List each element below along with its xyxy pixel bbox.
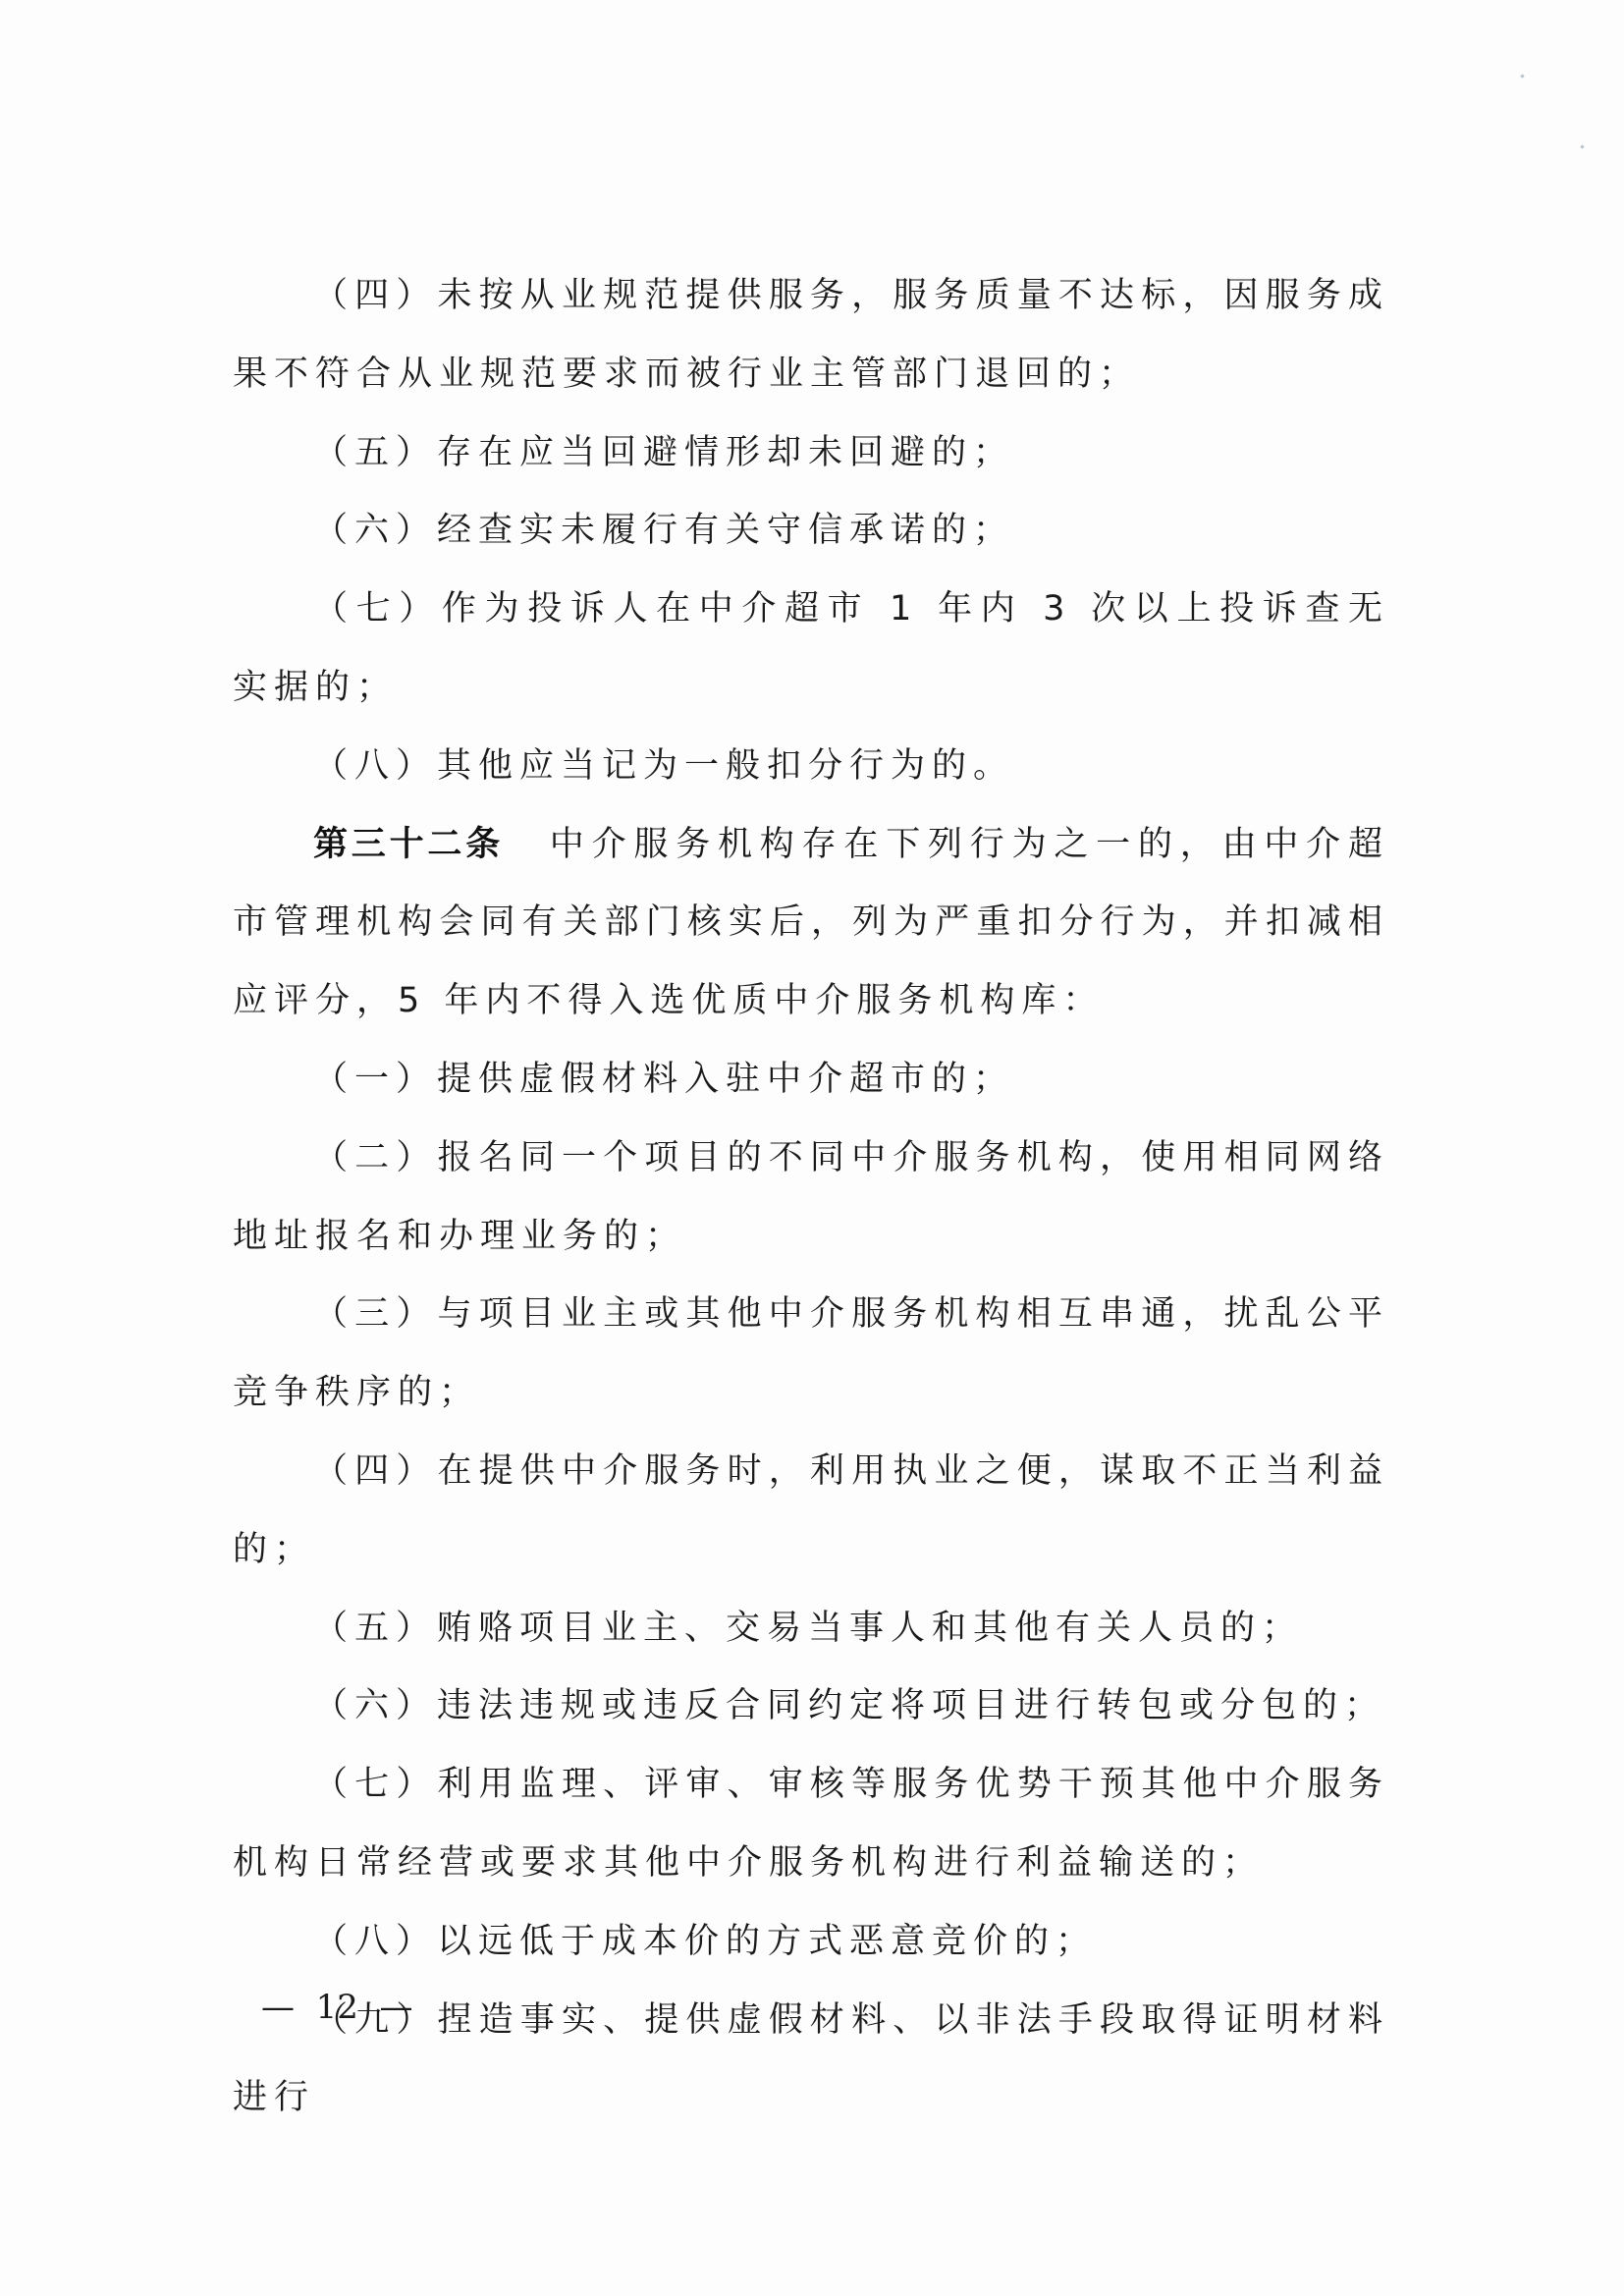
paragraph-item-4: （四）未按从业规范提供服务，服务质量不达标，因服务成果不符合从业规范要求而被行业…	[233, 257, 1389, 414]
article-32-intro: 第三十二条中介服务机构存在下列行为之一的，由中介超市管理机构会同有关部门核实后，…	[233, 806, 1389, 1041]
document-body: （四）未按从业规范提供服务，服务质量不达标，因服务成果不符合从业规范要求而被行业…	[233, 257, 1389, 2138]
article-32-item-4: （四）在提供中介服务时，利用执业之便，谋取不正当利益的；	[233, 1433, 1389, 1590]
article-32-item-5: （五）贿赂项目业主、交易当事人和其他有关人员的；	[233, 1590, 1389, 1668]
article-32-item-6: （六）违法违规或违反合同约定将项目进行转包或分包的；	[233, 1667, 1389, 1746]
paragraph-item-5: （五）存在应当回避情形却未回避的；	[233, 414, 1389, 493]
paragraph-item-8: （八）其他应当记为一般扣分行为的。	[233, 728, 1389, 806]
article-32-item-2: （二）报名同一个项目的不同中介服务机构，使用相同网络地址报名和办理业务的；	[233, 1120, 1389, 1277]
scan-speck	[1580, 144, 1584, 148]
article-32-item-3: （三）与项目业主或其他中介服务机构相互串通，扰乱公平竞争秩序的；	[233, 1276, 1389, 1433]
scan-speck	[1520, 74, 1524, 78]
document-page: （四）未按从业规范提供服务，服务质量不达标，因服务成果不符合从业规范要求而被行业…	[0, 0, 1624, 2296]
paragraph-item-7: （七）作为投诉人在中介超市 1 年内 3 次以上投诉查无实据的；	[233, 571, 1389, 728]
paragraph-item-6: （六）经查实未履行有关守信承诺的；	[233, 492, 1389, 571]
article-32-item-1: （一）提供虚假材料入驻中介超市的；	[233, 1041, 1389, 1120]
article-32-item-7: （七）利用监理、评审、审核等服务优势干预其他中介服务机构日常经营或要求其他中介服…	[233, 1746, 1389, 1903]
article-32-item-8: （八）以远低于成本价的方式恶意竞价的；	[233, 1903, 1389, 1982]
page-number: — 12 —	[261, 1986, 413, 2029]
article-heading: 第三十二条	[313, 825, 504, 864]
